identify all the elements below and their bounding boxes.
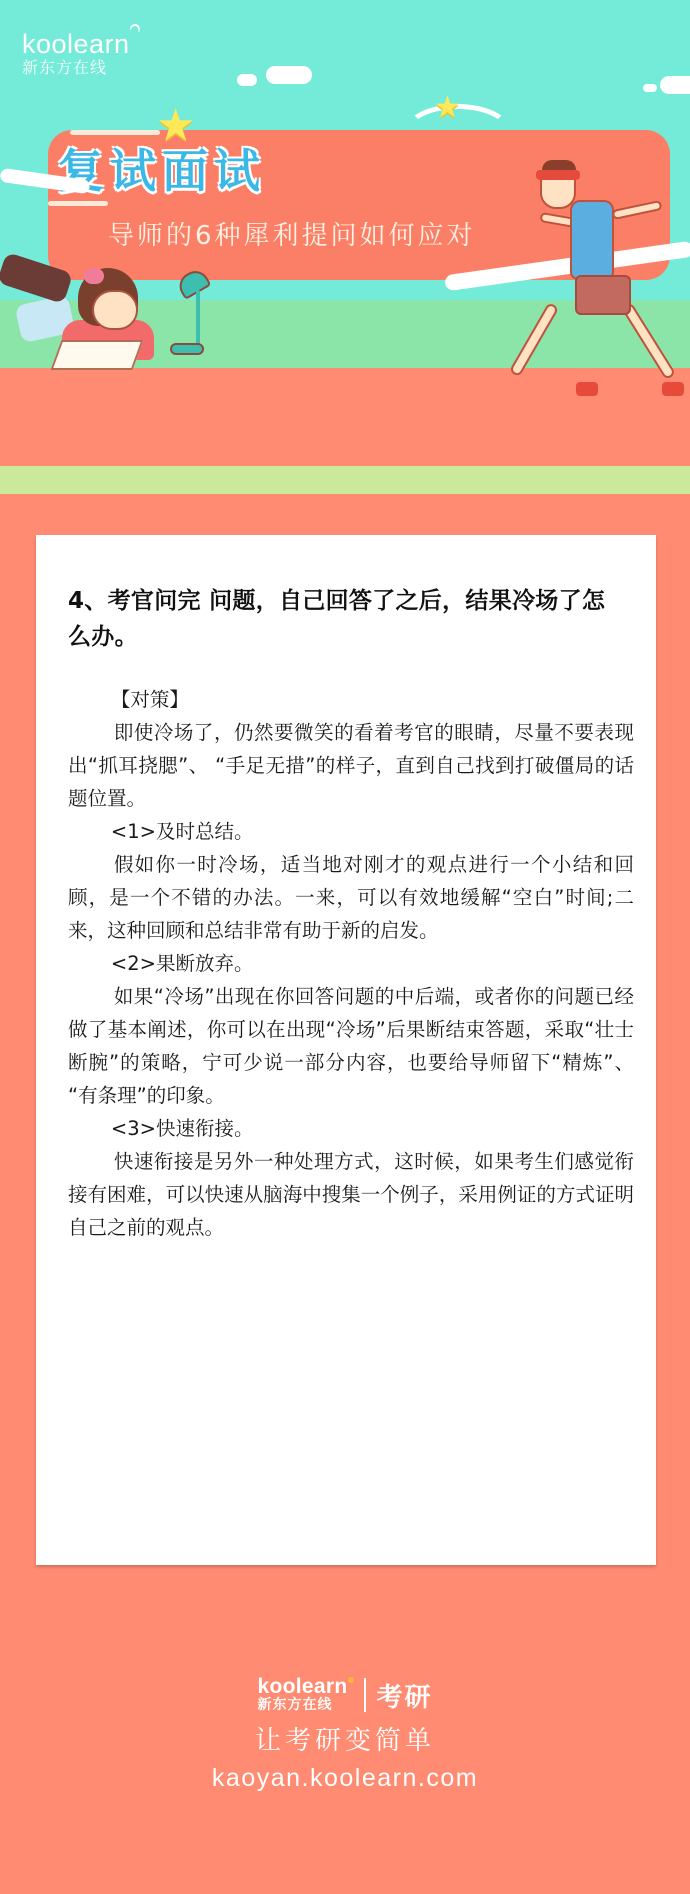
footer-brand-row: koolearn 新东方在线 考研 <box>0 1672 690 1718</box>
cloud-icon <box>237 74 257 86</box>
footer-logo-cn: 新东方在线 <box>258 1697 355 1713</box>
girl-face <box>92 290 138 330</box>
paragraph: 即使冷场了，仍然要微笑的看着考官的眼睛，尽量不要表现出“抓耳挠腮”、 “手足无措… <box>68 716 634 815</box>
article-card: 4、考官问完 问题，自己回答了之后，结果冷场了怎么办。 【对策】 即使冷场了，仍… <box>36 535 656 1565</box>
runner-tank-top <box>570 200 614 280</box>
runner-headband <box>536 170 580 180</box>
footer-section-label: 考研 <box>376 1677 432 1714</box>
paragraph: 如果“冷场”出现在你回答问题的中后端，或者你的问题已经做了基本阐述，你可以在出现… <box>68 980 634 1112</box>
footer-koolearn-logo: koolearn 新东方在线 <box>258 1677 355 1713</box>
star-icon: ★ <box>434 90 461 125</box>
logo-moon-icon <box>128 22 142 36</box>
strategy-heading: 【对策】 <box>68 683 634 716</box>
question-title: 4、考官问完 问题，自己回答了之后，结果冷场了怎么办。 <box>68 583 628 655</box>
banner-title-row: 复试面试 <box>48 130 670 206</box>
cloud-icon <box>660 76 690 94</box>
article-body: 【对策】 即使冷场了，仍然要微笑的看着考官的眼睛，尽量不要表现出“抓耳挠腮”、 … <box>68 683 634 1244</box>
runner-shoe <box>576 382 598 396</box>
title-line-right <box>48 201 108 206</box>
hero-illustration: koolearn 新东方在线 复试面试 导师的6种犀利提问如何应对 ★ ★ <box>0 0 690 400</box>
runner-shoe <box>662 382 684 396</box>
tip-heading: <3>快速衔接。 <box>68 1112 634 1145</box>
paper <box>51 340 144 370</box>
logo-cn: 新东方在线 <box>22 58 130 78</box>
footer-url[interactable]: kaoyan.koolearn.com <box>0 1762 690 1794</box>
lamp-stem <box>196 290 200 350</box>
tip-heading: <1>及时总结。 <box>68 815 634 848</box>
green-stripe <box>0 466 690 494</box>
footer-divider <box>364 1678 366 1712</box>
paragraph: 假如你一时冷场，适当地对刚才的观点进行一个小结和回顾，是一个不错的办法。一来，可… <box>68 848 634 947</box>
cloud-icon <box>266 66 312 84</box>
logo-en: koolearn <box>22 30 130 58</box>
tip-heading: <2>果断放弃。 <box>68 947 634 980</box>
banner-subtitle: 导师的6种犀利提问如何应对 <box>108 215 476 252</box>
footer: koolearn 新东方在线 考研 让考研变简单 kaoyan.koolearn… <box>0 1672 690 1794</box>
footer-slogan: 让考研变简单 <box>0 1724 690 1758</box>
paragraph: 快速衔接是另外一种处理方式，这时候，如果考生们感觉衔接有困难，可以快速从脑海中搜… <box>68 1145 634 1244</box>
koolearn-logo: koolearn 新东方在线 <box>22 30 130 78</box>
cloud-icon <box>643 84 657 92</box>
runner-shorts <box>575 275 631 315</box>
footer-logo-en: koolearn <box>258 1675 348 1698</box>
lamp-base <box>170 343 204 355</box>
girl-bow <box>84 268 104 284</box>
star-icon: ★ <box>156 100 195 151</box>
logo-dot-icon <box>348 1677 354 1683</box>
